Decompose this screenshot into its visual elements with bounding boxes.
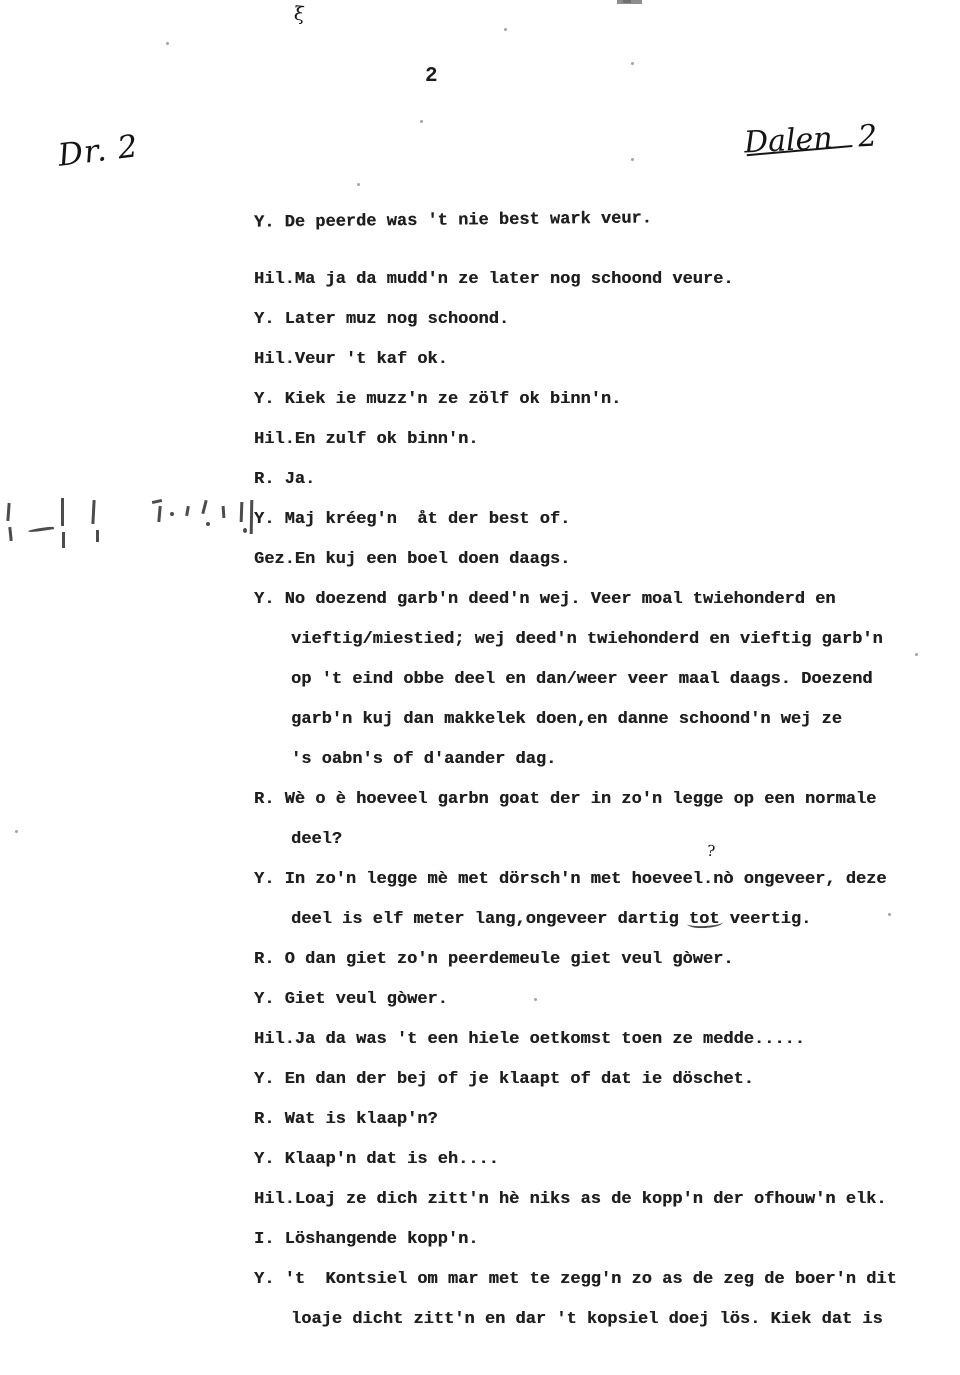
ink-smudge: [157, 506, 161, 522]
ink-smudge: [61, 498, 64, 526]
transcript-line: Y. 't Kontsiel om mar met te zegg'n zo a…: [254, 1260, 944, 1300]
ink-smudge: [96, 530, 99, 542]
transcript-line: R. Ja.: [254, 460, 944, 500]
transcript-line: R. O dan giet zo'n peerdemeule giet veul…: [254, 940, 944, 980]
ink-smudge: [6, 503, 10, 521]
handwritten-note-left: Dr. 2: [56, 128, 140, 174]
transcript-line: R. Wat is klaap'n?: [254, 1100, 944, 1140]
handwritten-note-right: Dalen 2: [743, 119, 878, 161]
transcript-line: Y. De peerde was 't nie best wark veur.: [254, 196, 944, 243]
scanned-document-page: ξ 2 Dr. 2 Dalen 2 Y. De peerde was 't ni…: [0, 0, 960, 1375]
transcript-line: Y. Later muz nog schoond.: [254, 300, 944, 340]
ink-smudge: [8, 527, 12, 541]
transcript-line: Y. Maj kréeg'n åt der best of.: [254, 500, 944, 540]
transcript-line: Y. Kiek ie muzz'n ze zölf ok binn'n.: [254, 380, 944, 420]
transcript-line: Hil.En zulf ok binn'n.: [254, 420, 944, 460]
scan-speck: [420, 120, 423, 123]
ink-smudge: [222, 506, 226, 518]
ink-smudge: [240, 502, 244, 522]
transcript-line: I. Löshangende kopp'n.: [254, 1220, 944, 1260]
transcript-line: Y. Giet veul gòwer.: [254, 980, 944, 1020]
transcript-line: op 't eind obbe deel en dan/weer veer ma…: [254, 660, 944, 700]
scan-speck: [166, 42, 169, 45]
ink-smudge: [28, 526, 54, 533]
transcript-line: 's oabn's of d'aander dag.: [254, 740, 944, 780]
transcript-line: vieftig/miestied; wej deed'n twiehonderd…: [254, 620, 944, 660]
handwritten-top-mark: ξ: [293, 3, 306, 26]
transcript-line: loaje dicht zitt'n en dar 't kopsiel doe…: [254, 1300, 944, 1340]
transcript-line: Y. En dan der bej of je klaapt of dat ie…: [254, 1060, 944, 1100]
transcript-line: Y. No doezend garb'n deed'n wej. Veer mo…: [254, 580, 944, 620]
transcript-line: R. Wè o è hoeveel garbn goat der in zo'n…: [254, 780, 944, 820]
transcript-line: Y. In zo'n legge mè met dörsch'n met hoe…: [254, 860, 944, 900]
ink-smudge: [62, 532, 65, 548]
transcript-line: Hil.Veur 't kaf ok.: [254, 340, 944, 380]
ink-smudge: [201, 500, 207, 514]
scan-artifact-dash: [617, 0, 642, 4]
transcript-line: Y. Klaap'n dat is eh....: [254, 1140, 944, 1180]
transcript-line: Gez.En kuj een boel doen daags.: [254, 540, 944, 580]
transcript-line: Hil.Ja da was 't een hiele oetkomst toen…: [254, 1020, 944, 1060]
ink-smudge: [170, 512, 174, 516]
ink-smudge: [91, 500, 95, 524]
dialogue-transcript: Y. De peerde was 't nie best wark veur.H…: [254, 200, 944, 1340]
transcript-line: Hil.Loaj ze dich zitt'n hè niks as de ko…: [254, 1180, 944, 1220]
transcript-line: Hil.Ma ja da mudd'n ze later nog schoond…: [254, 260, 944, 300]
ink-smudge: [250, 500, 254, 534]
ink-smudge: [206, 522, 210, 526]
ink-smudge: [243, 528, 247, 533]
scan-speck: [631, 158, 634, 161]
transcript-line: deel?: [254, 820, 944, 860]
scan-speck: [631, 62, 634, 65]
scan-speck: [504, 28, 507, 31]
scan-speck: [15, 830, 18, 833]
page-number: 2: [425, 65, 438, 88]
ink-smudge: [152, 499, 162, 504]
transcript-line: garb'n kuj dan makkelek doen,en danne sc…: [254, 700, 944, 740]
ink-smudge: [185, 506, 190, 516]
transcript-line: deel is elf meter lang,ongeveer dartig t…: [254, 900, 944, 940]
scan-speck: [357, 183, 360, 186]
